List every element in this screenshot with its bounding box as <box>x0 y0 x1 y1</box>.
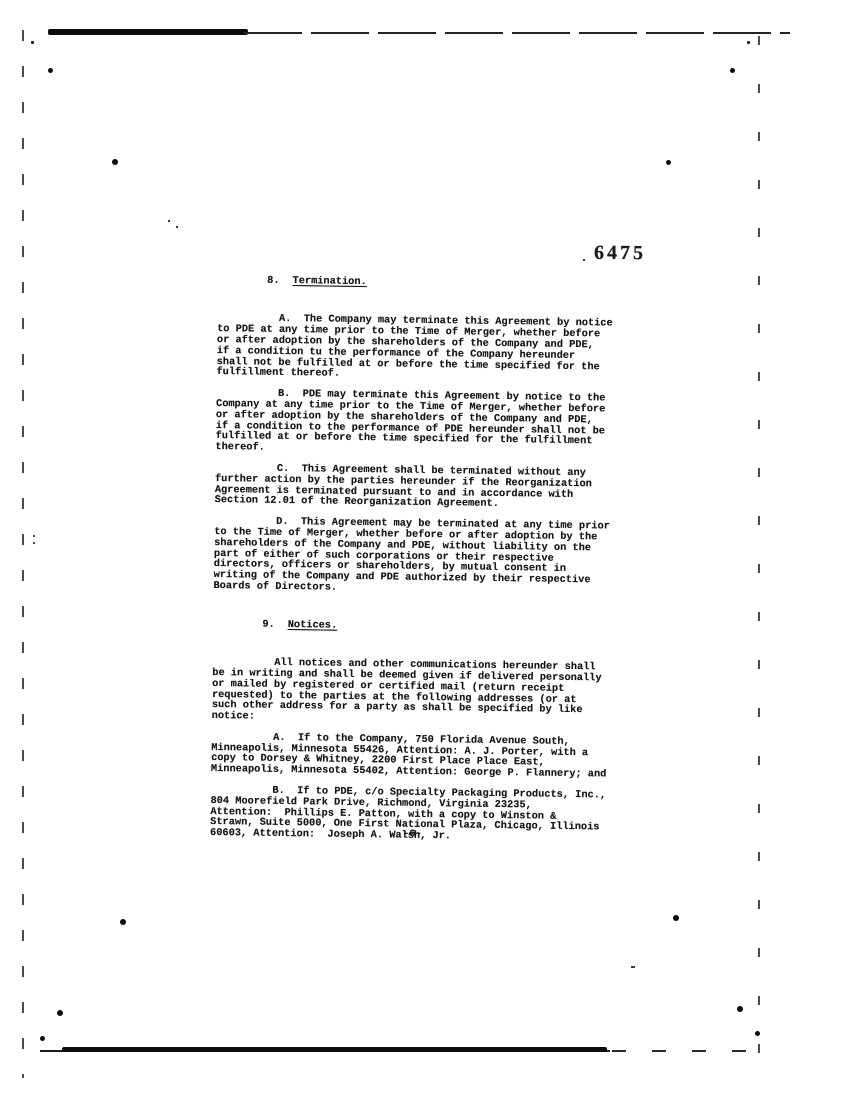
section-number: 9. <box>262 619 275 630</box>
paragraph: C. This Agreement shall be terminated wi… <box>215 463 652 512</box>
bottom-border-dashes <box>612 1050 762 1052</box>
section-paragraphs: All notices and other communications her… <box>210 657 648 845</box>
page-number: -6- <box>403 828 422 840</box>
section-number: 8. <box>267 275 280 286</box>
paragraph: A. If to the Company, 750 Florida Avenue… <box>211 732 648 781</box>
scanned-document-page: 6475 8.Termination. A. The Company may t… <box>0 0 843 1102</box>
stamp-number: 6475 <box>594 242 646 265</box>
scan-artifact-dot <box>31 41 34 44</box>
scan-artifact-dot <box>730 68 735 73</box>
scan-artifact-dot <box>666 160 671 165</box>
scan-artifact-dot <box>33 542 35 544</box>
section-termination: 8.Termination. A. The Company may termin… <box>213 264 654 598</box>
paragraph: A. The Company may terminate this Agreem… <box>216 313 653 384</box>
right-edge-dashed-line <box>758 36 760 1078</box>
scan-artifact-speck <box>176 226 178 228</box>
section-notices: 9.Notices. All notices and other communi… <box>210 608 649 845</box>
paragraph: B. If to PDE, c/o Specialty Packaging Pr… <box>210 785 647 845</box>
paragraph: B. PDE may terminate this Agreement by n… <box>215 388 652 459</box>
section-paragraphs: A. The Company may terminate this Agreem… <box>213 313 653 597</box>
scan-artifact-dot <box>48 68 53 73</box>
paragraph: D. This Agreement may be terminated at a… <box>213 516 650 598</box>
scan-artifact-speck <box>168 220 170 222</box>
left-edge-dashed-line <box>22 30 24 1078</box>
scan-artifact-dot <box>747 41 750 44</box>
scan-artifact-dot <box>120 919 126 925</box>
scan-artifact-dot <box>112 159 118 165</box>
paragraph: All notices and other communications her… <box>212 657 649 728</box>
section-title: Termination. <box>292 275 366 288</box>
scan-artifact-dot <box>673 915 679 921</box>
top-border-line <box>244 32 790 34</box>
scan-artifact-dot <box>737 1006 743 1012</box>
scan-artifact-speck <box>631 966 635 968</box>
section-heading: 8.Termination. <box>218 264 654 302</box>
scan-artifact-speck <box>583 259 585 261</box>
top-border-bar <box>48 29 248 35</box>
scan-artifact-dot <box>755 1031 760 1036</box>
scan-artifact-dot <box>33 535 35 537</box>
section-heading: 9.Notices. <box>213 608 649 646</box>
scan-artifact-dot <box>57 1010 63 1016</box>
scan-artifact-dot <box>40 1036 45 1041</box>
bottom-border-bar <box>62 1047 607 1052</box>
document-body: 8.Termination. A. The Company may termin… <box>210 264 654 855</box>
section-title: Notices. <box>288 619 338 632</box>
